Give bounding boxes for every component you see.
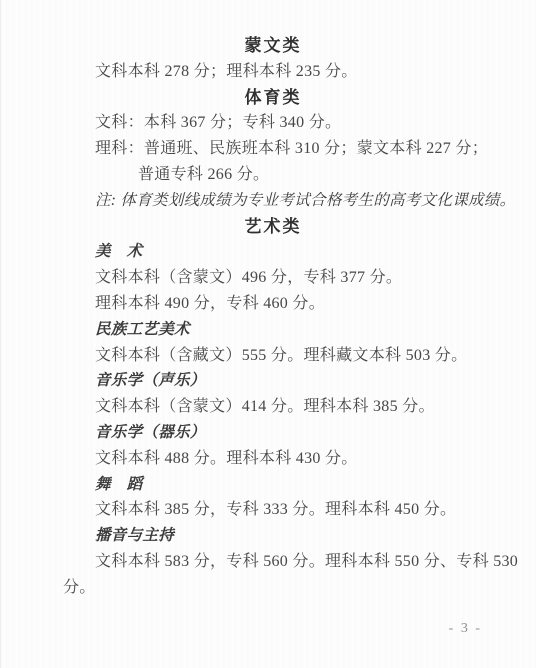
subheading-dance: 舞 蹈 [63,472,483,498]
document-page: 蒙文类 文科本科 278 分；理科本科 235 分。 体育类 文科：本科 367… [0,0,536,668]
document-body: 蒙文类 文科本科 278 分；理科本科 235 分。 体育类 文科：本科 367… [63,33,483,601]
section-heading-arts: 艺术类 [63,214,483,240]
note-sports-scoring: 注: 体育类划线成绩为专业考试合格考生的高考文化课成绩。 [63,188,483,214]
section-heading-sports: 体育类 [63,85,483,111]
subheading-ethnic-crafts: 民族工艺美术 [63,317,483,343]
score-line-mongolian: 文科本科 278 分；理科本科 235 分。 [63,59,483,85]
score-line-broadcasting: 文科本科 583 分，专科 560 分。理科本科 550 分、专科 530 [63,549,483,575]
score-line-music-instrumental: 文科本科 488 分。理科本科 430 分。 [63,446,483,472]
section-heading-mongolian: 蒙文类 [63,33,483,59]
subheading-fine-arts: 美 术 [63,239,483,265]
score-line-fine-arts-science: 理科本科 490 分，专科 460 分。 [63,291,483,317]
score-line-music-vocal: 文科本科（含蒙文）414 分。理科本科 385 分。 [63,394,483,420]
score-line-sports-science-continued: 普通专科 266 分。 [63,162,483,188]
score-line-sports-science: 理科：普通班、民族班本科 310 分；蒙文本科 227 分； [63,136,483,162]
subheading-broadcasting: 播音与主持 [63,523,483,549]
subheading-music-vocal: 音乐学（声乐） [63,368,483,394]
score-line-sports-liberal-arts: 文科：本科 367 分；专科 340 分。 [63,110,483,136]
score-line-fine-arts-liberal-arts: 文科本科（含蒙文）496 分，专科 377 分。 [63,265,483,291]
score-line-dance: 文科本科 385 分，专科 333 分。理科本科 450 分。 [63,497,483,523]
score-line-broadcasting-continued: 分。 [63,575,483,601]
subheading-music-instrumental: 音乐学（器乐） [63,420,483,446]
page-number: - 3 - [449,620,482,638]
score-line-ethnic-crafts: 文科本科（含藏文）555 分。理科藏文本科 503 分。 [63,343,483,369]
